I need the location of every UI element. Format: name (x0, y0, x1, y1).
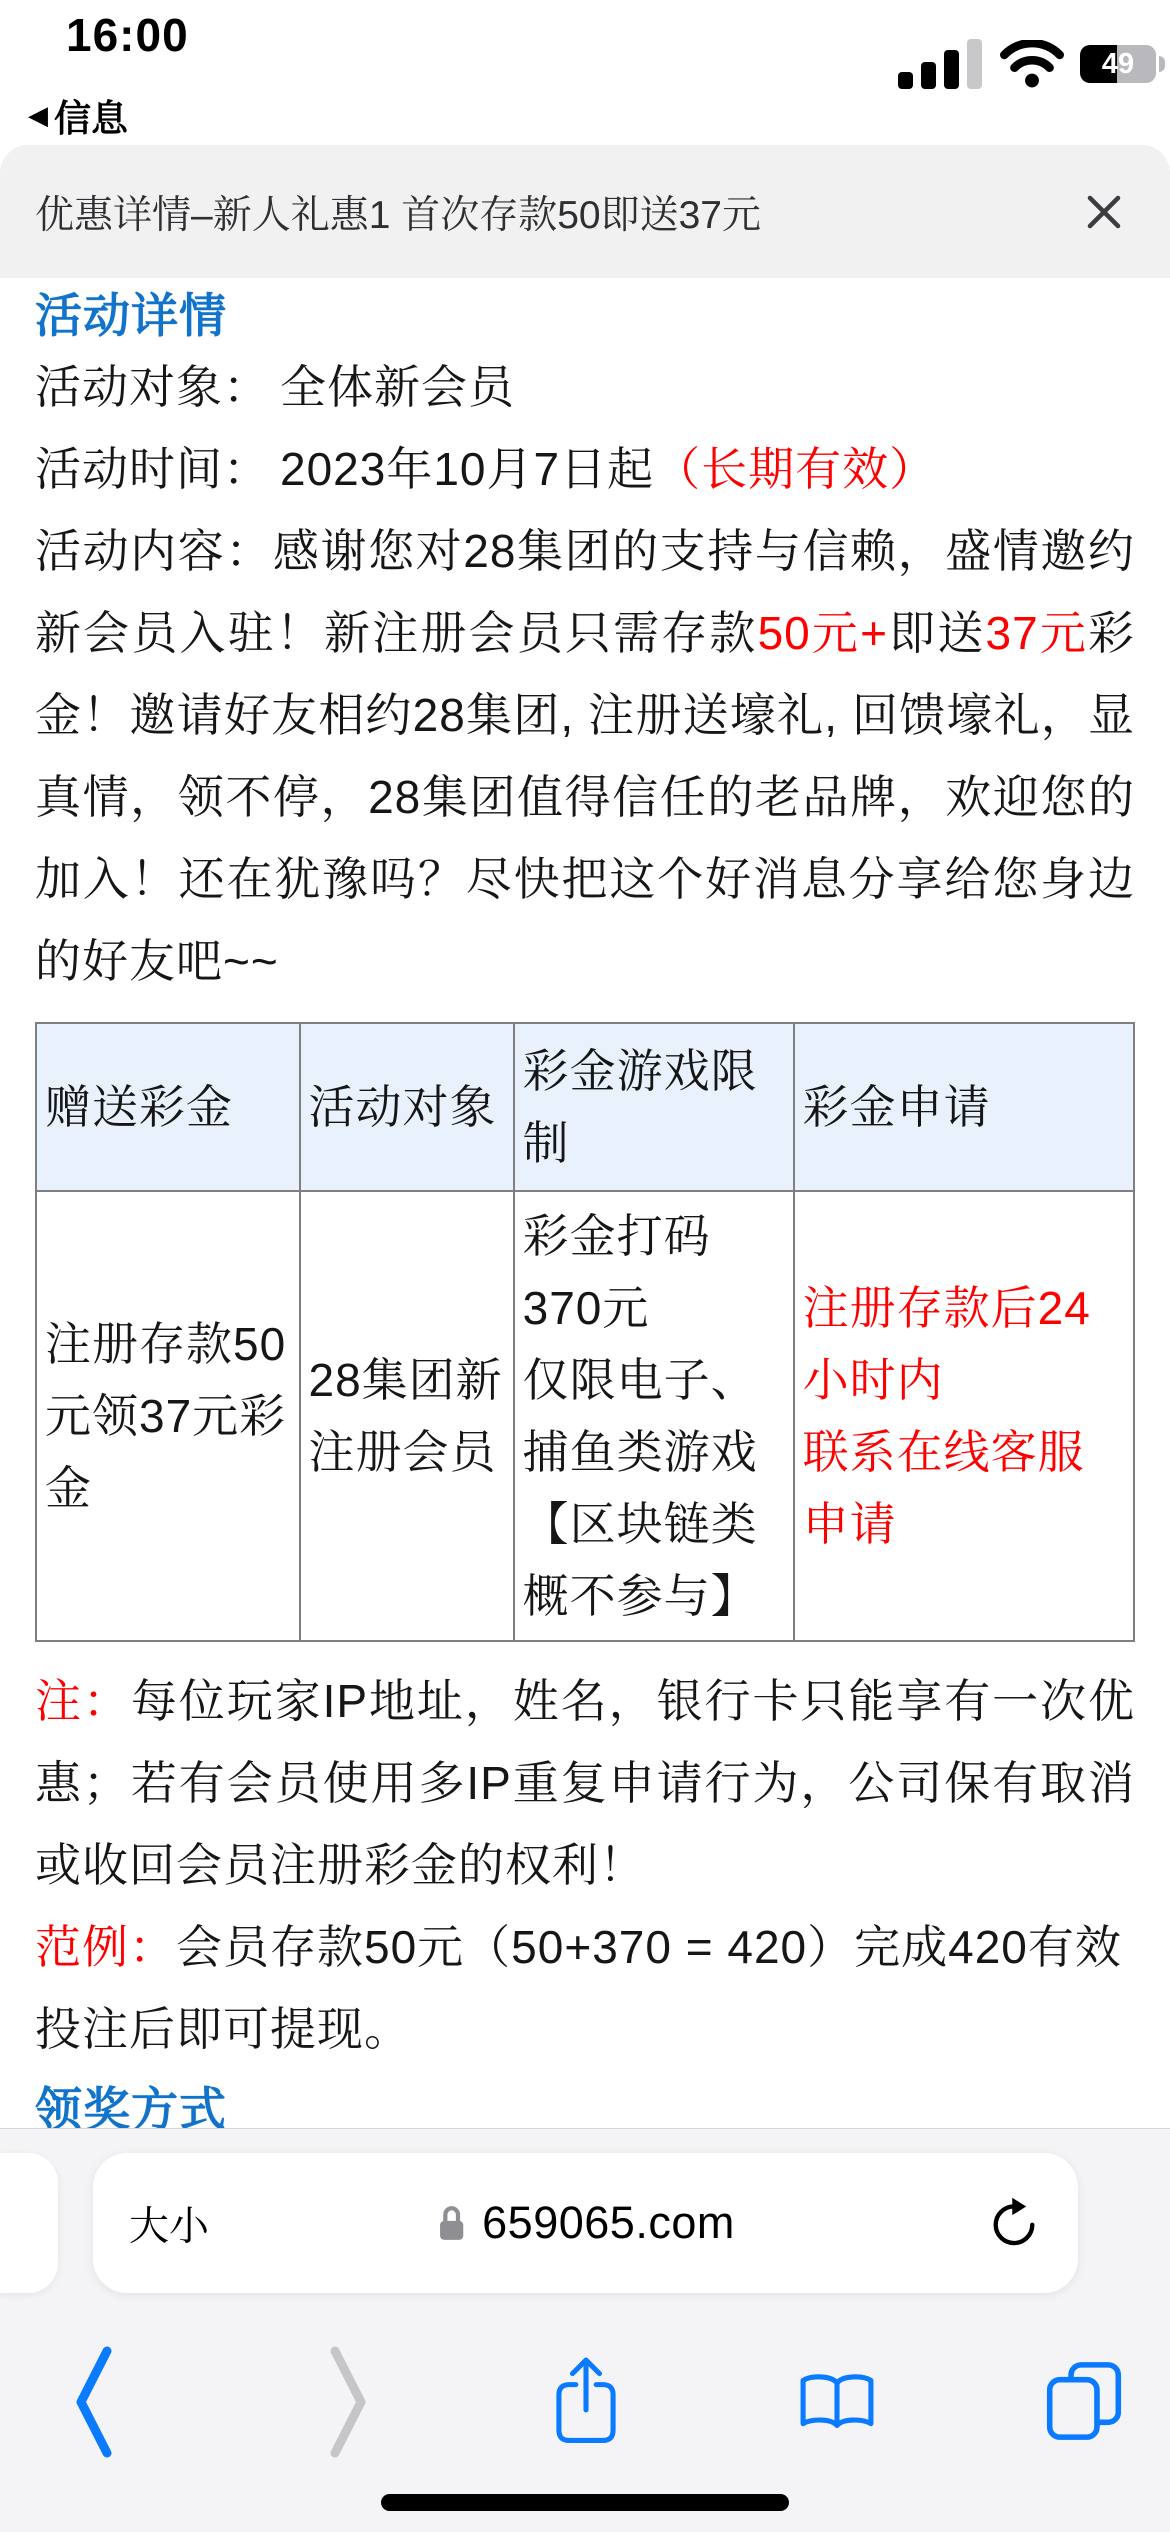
table-header-row: 赠送彩金 活动对象 彩金游戏限制 彩金申请 (36, 1023, 1134, 1191)
tabs-button[interactable] (1046, 2341, 1122, 2466)
url-bar[interactable]: 大小 659065.com (93, 2153, 1078, 2293)
audience-value: 全体新会员 (280, 361, 515, 413)
safari-bottom-chrome: 大小 659065.com (0, 2128, 1170, 2532)
battery-nub (1159, 56, 1165, 72)
example-label: 范例： (35, 1921, 176, 1973)
audience-line: 活动对象：全体新会员 (35, 346, 1135, 428)
wifi-icon (1000, 40, 1064, 88)
bookmarks-button[interactable] (798, 2351, 876, 2464)
close-button[interactable] (1082, 190, 1126, 234)
time-value: 2023年10月7日起 (280, 443, 654, 495)
promo-table: 赠送彩金 活动对象 彩金游戏限制 彩金申请 注册存款50元领37元彩金 28集团… (35, 1022, 1135, 1642)
adjacent-tab-peek[interactable] (0, 2153, 58, 2293)
content-part2: 即送 (888, 607, 986, 659)
table-header-bonus: 赠送彩金 (36, 1023, 300, 1191)
note-paragraph: 注：每位玩家IP地址，姓名，银行卡只能享有一次优惠；若有会员使用多IP重复申请行… (35, 1660, 1135, 1906)
content-part3: 彩金！邀请好友相约28集团, 注册送壕礼, 回馈壕礼，显真情，领不停，28集团值… (35, 607, 1135, 987)
table-header-restriction: 彩金游戏限制 (514, 1023, 794, 1191)
time-highlight: （长期有效） (654, 443, 936, 495)
share-button[interactable] (553, 2329, 619, 2474)
section-title-claim: 领奖方式 (35, 2080, 1135, 2128)
battery-percent: 49 (1102, 48, 1134, 81)
promo-description: 活动内容：感谢您对28集团的支持与信赖，盛情邀约新会员入驻！新注册会员只需存款5… (35, 510, 1135, 1002)
home-indicator[interactable] (381, 2494, 789, 2511)
content-label: 活动内容： (35, 525, 273, 577)
example-paragraph: 范例：会员存款50元（50+370 = 420）完成420有效投注后即可提现。 (35, 1906, 1135, 2070)
tabs-icon (1046, 2341, 1122, 2461)
status-time: 16:00 (66, 8, 189, 62)
lock-icon (436, 2204, 466, 2242)
chevron-left-icon (70, 2343, 116, 2461)
iphone-screen: 16:00 ◀ 信息 49 优惠详情–新人礼惠1 首次存款50即送37元 (0, 0, 1170, 2532)
reload-icon (987, 2196, 1041, 2250)
sheet-title: 优惠详情–新人礼惠1 首次存款50即送37元 (35, 184, 761, 240)
promo-page-content: 活动详情 活动对象：全体新会员 活动时间：2023年10月7日起（长期有效） 活… (0, 278, 1170, 2128)
note-text: 每位玩家IP地址，姓名，银行卡只能享有一次优惠；若有会员使用多IP重复申请行为，… (35, 1675, 1135, 1891)
url-center: 659065.com (436, 2197, 735, 2249)
text-size-button[interactable]: 大小 (129, 2195, 209, 2252)
forward-button[interactable] (326, 2343, 372, 2466)
table-cell-audience: 28集团新注册会员 (300, 1191, 514, 1641)
table-cell-restriction: 彩金打码370元 仅限电子、捕鱼类游戏 【区块链类概不参与】 (514, 1191, 794, 1641)
audience-label: 活动对象： (35, 361, 270, 413)
table-cell-apply: 注册存款后24小时内 联系在线客服 申请 (794, 1191, 1134, 1641)
promo-sheet-header: 优惠详情–新人礼惠1 首次存款50即送37元 (0, 145, 1170, 278)
table-header-audience: 活动对象 (300, 1023, 514, 1191)
time-label: 活动时间： (35, 443, 270, 495)
section-title-details: 活动详情 (35, 286, 1135, 346)
content-red-deposit: 50元+ (758, 607, 888, 659)
cellular-signal-icon (898, 39, 984, 89)
note-label: 注： (35, 1675, 131, 1727)
back-button[interactable] (70, 2343, 116, 2466)
table-header-apply: 彩金申请 (794, 1023, 1134, 1191)
reload-button[interactable] (986, 2195, 1042, 2251)
share-icon (553, 2329, 619, 2469)
back-app-label: 信息 (54, 88, 128, 142)
content-red-bonus: 37元 (986, 607, 1089, 659)
status-icons: 49 (898, 38, 1156, 90)
time-line: 活动时间：2023年10月7日起（长期有效） (35, 428, 1135, 510)
table-row: 注册存款50元领37元彩金 28集团新注册会员 彩金打码370元 仅限电子、捕鱼… (36, 1191, 1134, 1641)
back-triangle-icon: ◀ (28, 97, 48, 134)
battery-icon: 49 (1080, 45, 1156, 83)
book-icon (798, 2351, 876, 2459)
table-cell-bonus: 注册存款50元领37元彩金 (36, 1191, 300, 1641)
url-text: 659065.com (482, 2197, 735, 2249)
back-to-messages-button[interactable]: ◀ 信息 (28, 88, 128, 142)
example-text: 会员存款50元（50+370 = 420）完成420有效投注后即可提现。 (35, 1921, 1122, 2055)
close-icon (1084, 192, 1124, 232)
chevron-right-icon (326, 2343, 372, 2461)
